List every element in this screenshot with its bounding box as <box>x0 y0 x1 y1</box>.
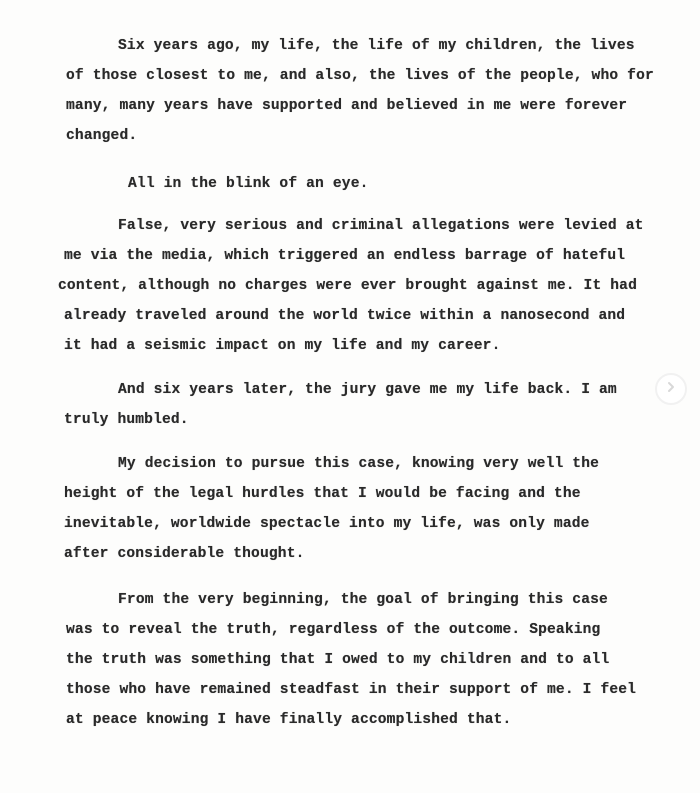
typed-statement-page: Six years ago, my life, the life of my c… <box>0 0 700 793</box>
paragraph-1-line-2: of those closest to me, and also, the li… <box>66 68 654 84</box>
paragraph-2-line-1: All in the blink of an eye. <box>128 176 369 192</box>
chevron-right-icon <box>665 380 677 398</box>
paragraph-3-line-5: it had a seismic impact on my life and m… <box>64 338 500 354</box>
paragraph-3-line-3: content, although no charges were ever b… <box>58 278 637 294</box>
paragraph-1-line-1: Six years ago, my life, the life of my c… <box>118 38 635 54</box>
paragraph-6-line-5: at peace knowing I have finally accompli… <box>66 712 511 728</box>
paragraph-6-line-4: those who have remained steadfast in the… <box>66 682 636 698</box>
paragraph-4-line-2: truly humbled. <box>64 412 189 428</box>
paragraph-6-line-3: the truth was something that I owed to m… <box>66 652 609 668</box>
paragraph-6-line-1: From the very beginning, the goal of bri… <box>118 592 608 608</box>
paragraph-5-line-1: My decision to pursue this case, knowing… <box>118 456 599 472</box>
paragraph-6-line-2: was to reveal the truth, regardless of t… <box>66 622 600 638</box>
paragraph-5-line-2: height of the legal hurdles that I would… <box>64 486 581 502</box>
paragraph-3-line-4: already traveled around the world twice … <box>64 308 625 324</box>
paragraph-4-line-1: And six years later, the jury gave me my… <box>118 382 617 398</box>
paragraph-5-line-3: inevitable, worldwide spectacle into my … <box>64 516 590 532</box>
paragraph-5-line-4: after considerable thought. <box>64 546 305 562</box>
carousel-next-button[interactable] <box>655 373 687 405</box>
paragraph-1-line-4: changed. <box>66 128 137 144</box>
paragraph-3-line-2: me via the media, which triggered an end… <box>64 248 625 264</box>
paragraph-3-line-1: False, very serious and criminal allegat… <box>118 218 644 234</box>
paragraph-1-line-3: many, many years have supported and beli… <box>66 98 627 114</box>
